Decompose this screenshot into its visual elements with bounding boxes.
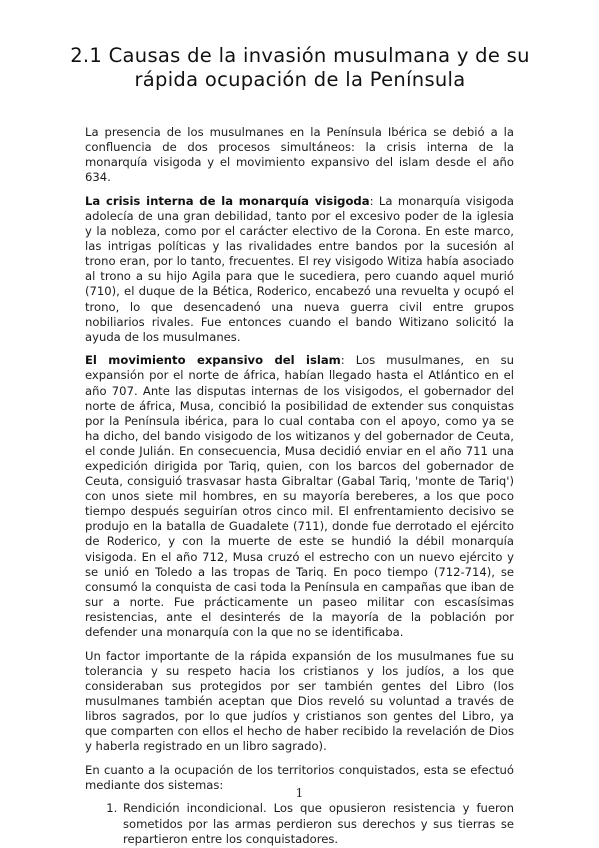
systems-list: Rendición incondicional. Los que opusier…	[85, 801, 514, 846]
islam-text: : Los musulmanes, en su expansión por el…	[85, 353, 514, 639]
intro-paragraph: La presencia de los musulmanes en la Pen…	[85, 125, 514, 185]
islam-heading: El movimiento expansivo del islam	[85, 353, 341, 367]
tolerance-paragraph: Un factor importante de la rápida expans…	[85, 649, 514, 755]
list-item: Rendición incondicional. Los que opusier…	[121, 801, 514, 846]
crisis-heading: La crisis interna de la monarquía visigo…	[85, 194, 370, 208]
islam-paragraph: El movimiento expansivo del islam: Los m…	[85, 353, 514, 640]
document-page: 2.1 Causas de la invasión musulmana y de…	[0, 0, 599, 848]
page-title: 2.1 Causas de la invasión musulmana y de…	[60, 44, 540, 92]
document-body: La presencia de los musulmanes en la Pen…	[85, 125, 514, 847]
crisis-text: : La monarquía visigoda adolecía de una …	[85, 194, 514, 344]
page-number: 1	[0, 786, 599, 800]
crisis-paragraph: La crisis interna de la monarquía visigo…	[85, 194, 514, 345]
